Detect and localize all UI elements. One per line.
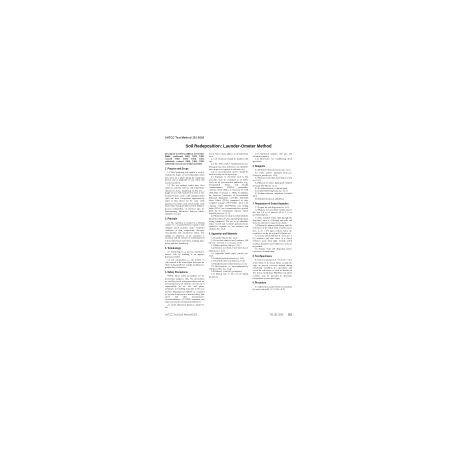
footer-manual-name: AATCC Technical Manual/2003 — [165, 314, 197, 316]
section-heading: 5. Apparatus and Materials — [209, 233, 248, 236]
paragraph: NOTE: These safety precautions are for i… — [165, 275, 204, 304]
column-middle: lowed. Wear safety glasses in all labora… — [209, 153, 248, 309]
paragraph: 5.11 Drying rack or line, for air drying… — [209, 273, 248, 278]
paragraph: 6.8 Ethanol, denatured, anhydrous. — [253, 198, 292, 201]
paragraph: Developed in 1957 by AATCC Committee RA6… — [165, 153, 204, 166]
section-heading: 1. Purpose and Scope — [165, 168, 204, 171]
paragraph: 4.1 Good laboratory practices should be … — [165, 304, 204, 309]
page-title: Soil Redeposition: Launder-Ometer Method — [165, 144, 292, 149]
column-left: Developed in 1957 by AATCC Committee RA6… — [165, 153, 204, 309]
paragraph: 3.1 laundering, n.—a process intended to… — [165, 251, 204, 259]
paragraph: 4.5 Exposure to chemicals used in this p… — [209, 176, 248, 215]
document-text-block: AATCC Test Method 151-2002 Soil Redeposi… — [165, 136, 292, 316]
paragraph: 2.1 The specimen is washed in a rotating… — [165, 222, 204, 245]
footer-method-ref: TM 151-2002251 — [270, 314, 292, 316]
section-heading: 4. Safety Precautions — [165, 271, 204, 274]
section-heading: 2. Principle — [165, 218, 204, 221]
paragraph: 4.3 The 1993 AATCC Standard Reference De… — [209, 163, 248, 171]
paragraph: 7.6 Prepare fresh soil dispersion before… — [253, 248, 292, 253]
section-heading: 3. Terminology — [165, 247, 204, 250]
method-number-header: AATCC Test Method 151-2002 — [165, 136, 292, 139]
paragraph: 4.6 Manufacturer's safety recommendation… — [209, 215, 248, 231]
footer-method-number: TM 151-2002 — [270, 314, 284, 316]
document-page: AATCC Test Method 151-2002 Soil Redeposi… — [0, 0, 458, 458]
paragraph: 9.1 Adjust the Launder-Ometer to maintai… — [253, 286, 292, 291]
section-heading: 8. Test Specimens — [253, 255, 292, 258]
paragraph: 7.4 Repeat the dipping and drying until … — [253, 224, 292, 234]
section-heading: 7. Preparation of Soiled Swatches — [253, 203, 292, 206]
footer-page-number: 251 — [288, 314, 292, 316]
section-heading: 6. Reagents — [253, 165, 292, 168]
paragraph: 1.1 This laundering test method is used … — [165, 171, 204, 184]
paragraph: 3.2 soil redeposition, n.—the transfer o… — [165, 259, 204, 269]
paragraph: 8.1 Cut two specimens 8 × 8 cm (3 × 3 in… — [253, 259, 292, 280]
paragraph: 7.3 Pass unsoiled cotton cloth through t… — [253, 217, 292, 225]
page-footer: AATCC Technical Manual/2003 TM 151-20022… — [165, 314, 292, 316]
paragraph: 1.2 The test method results have been sh… — [165, 184, 204, 215]
paragraph: 5.13 Desiccator, for conditioning dried … — [253, 158, 292, 163]
paragraph: 7.5 Cut the soiled cloth into 8 × 8 cm (… — [253, 235, 292, 248]
column-right: 5.12 Graduated cylinder, 500 mL, and vol… — [253, 153, 292, 309]
paragraph: 7.2 Disperse 5.0 g of dried vacuum clean… — [253, 209, 292, 217]
section-heading: 9. Procedure — [253, 282, 292, 285]
text-columns: Developed in 1957 by AATCC Committee RA6… — [165, 153, 292, 309]
